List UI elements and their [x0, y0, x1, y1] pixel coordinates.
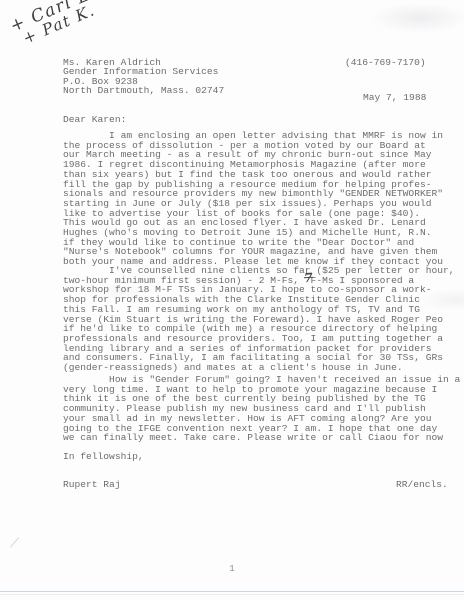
- letter-line: North Dartmouth, Mass. 02747: [63, 86, 224, 95]
- body-paragraph-3: How is "Gender Forum" going? I haven't r…: [63, 375, 460, 443]
- scan-edge-line: [0, 591, 464, 592]
- stray-pencil-mark: [10, 537, 19, 548]
- salutation: Dear Karen:: [63, 115, 126, 125]
- recipient-address-block: Ms. Karen AldrichGender Information Serv…: [63, 58, 224, 95]
- scanned-letter-page: + Carl E. + Pat K. Ms. Karen AldrichGend…: [0, 0, 464, 600]
- reference-initials: RR/encls.: [396, 480, 448, 490]
- body-paragraph-2: I've counselled nine clients so far ($25…: [63, 266, 455, 373]
- letter-line: (gender-reassigneds) and mates at a clie…: [63, 363, 455, 373]
- signature-name: Rupert Raj: [63, 480, 121, 490]
- letter-date: May 7, 1988: [363, 93, 426, 103]
- page-number: 1: [0, 565, 464, 575]
- phone-number: (416-769-7170): [345, 58, 426, 68]
- body-paragraph-1: I am enclosing an open letter advising t…: [63, 131, 443, 267]
- scan-edge-line-faint: [0, 594, 464, 595]
- letter-line: we can finally meet. Take care. Please w…: [63, 433, 460, 443]
- handwritten-correction-7: 7: [303, 270, 313, 286]
- valediction: In fellowship,: [63, 452, 144, 462]
- handwritten-annotation: + Carl E. + Pat K.: [8, 0, 106, 49]
